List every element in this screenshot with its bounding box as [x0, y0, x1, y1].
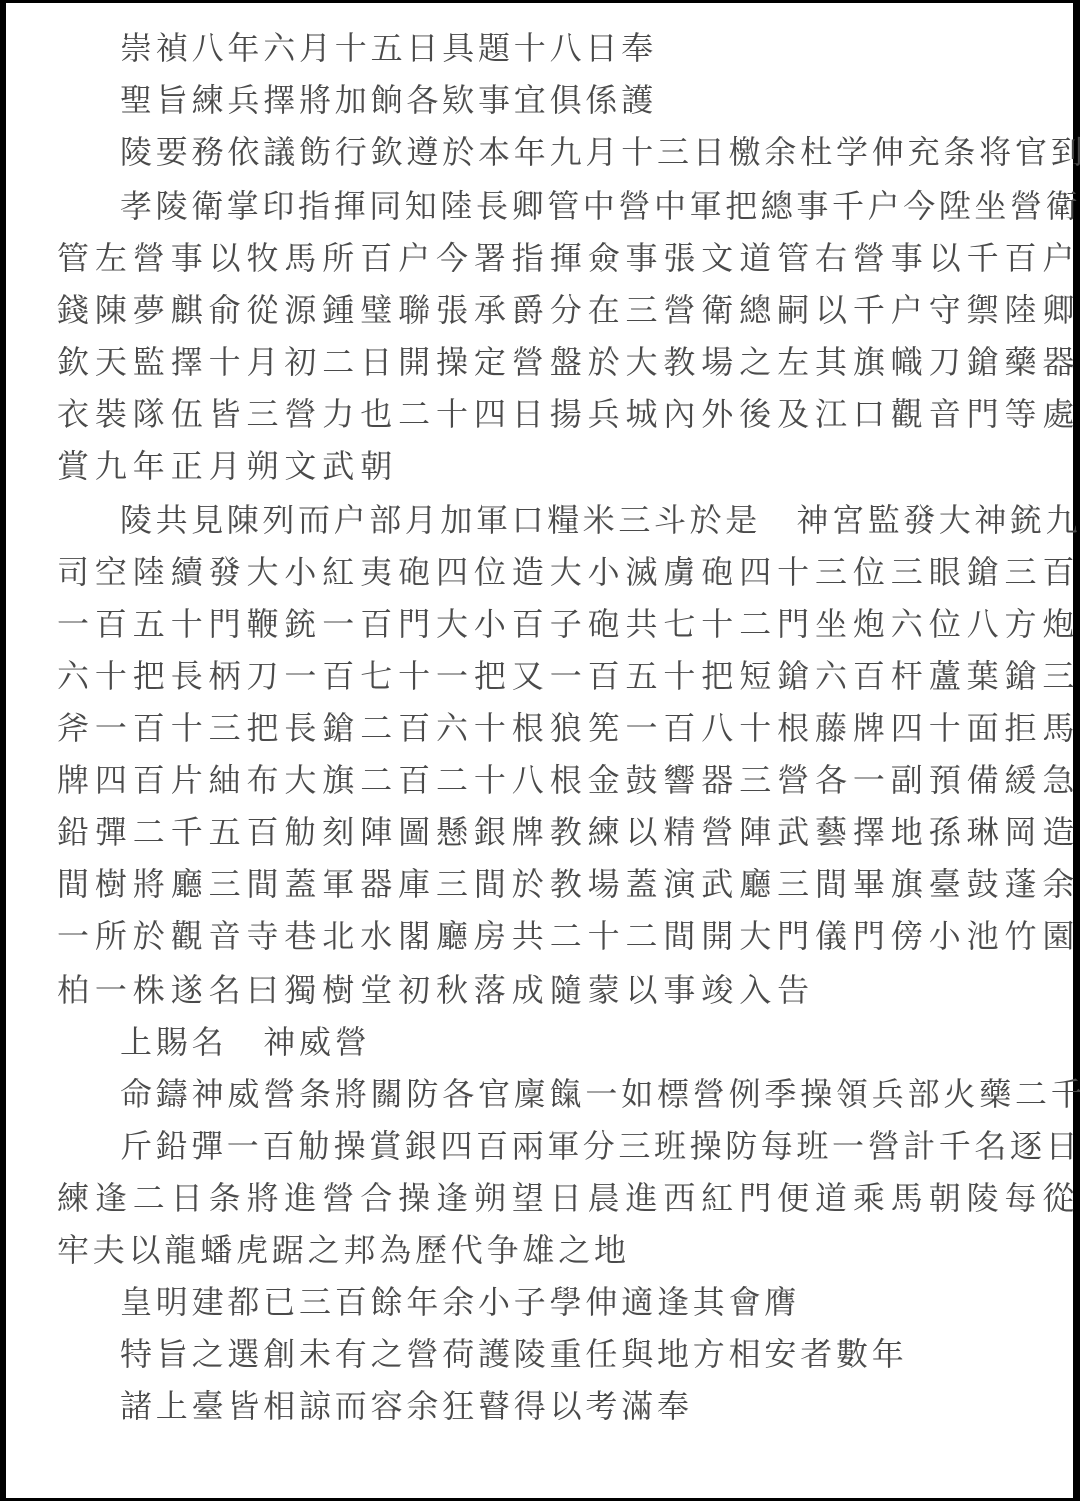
text-line: 聖旨練兵擇將加餉各欵事宜俱係護	[120, 80, 657, 120]
scanned-page: 崇禎八年六月十五日具題十八日奉 聖旨練兵擇將加餉各欵事宜俱係護 陵要務依議飭行欽…	[6, 3, 1073, 1498]
text-line: 六十把長柄刀一百七十一把又一百五十把短鎗六百杆蘆葉鎗三十六桿鐵鉞	[57, 656, 1080, 696]
text-line: 管左營事以牧馬所百户今署指揮僉事張文道管右營事以千百户陳光華彭應	[57, 238, 1080, 278]
text-line: 上賜名 神威營	[120, 1022, 371, 1062]
text-line: 陵要務依議飭行欽遵於本年九月十三日檄余杜学伸充条将官到任以	[120, 132, 1080, 172]
text-line: 柏一株遂名曰獨樹堂初秋落成隨蒙以事竣入告	[57, 970, 815, 1010]
text-line: 鉛彈二千五百觔刻陣圖懸銀牌教練以精營陣武藝擇地孫琳岡造 房三十九	[57, 812, 1080, 852]
text-line: 賞九年正月朔文武朝	[57, 446, 398, 486]
text-line: 命鑄神威營条將關防各官廩餼一如標營例季操領兵部火藥二千	[120, 1074, 1080, 1114]
text-line: 一百五十門鞭銃一百門大小百子砲共七十二門坐炮六位八方炮七位雁翎刀	[57, 604, 1080, 644]
text-line: 錢陳夢麒俞從源鍾璧聯張承爵分在三營衛總嗣以千户守禦陸卿為傳宣中軍	[57, 290, 1080, 330]
text-line: 諸上臺皆相諒而容余狂瞽得以考滿奉	[120, 1386, 693, 1426]
text-line: 間樹將廳三間蓋軍器庫三間於教場蓋演武廳三間畢旗臺鼓蓬余亦自設公署	[57, 864, 1080, 904]
text-line: 練逢二日条將進營合操逢朔望日晨進西紅門便道乘馬朝陵每從祀得分胙太	[57, 1178, 1080, 1218]
text-line: 崇禎八年六月十五日具題十八日奉	[120, 28, 657, 68]
text-line: 欽天監擇十月初二日開操定營盤於大教場之左其旗幟刀鎗藥器皆余設備而	[57, 342, 1080, 382]
text-line: 司空陸續發大小紅夷砲四位造大小滅虜砲四十三位三眼鎗三百零三桿鳥銃	[57, 552, 1080, 592]
text-line: 陵共見陳列而户部月加軍口糧米三斗於是 神宮監發大神銃九位 大	[120, 500, 1080, 540]
text-line: 特旨之選創未有之營荷護陵重任與地方相安者數年	[120, 1334, 908, 1374]
text-line: 牌四百片紬布大旗二百二十八根金鼓響器三營各一副預備緩急火藥五千觔	[57, 760, 1080, 800]
text-line: 皇明建都已三百餘年余小子學伸適逢其會膺	[120, 1282, 800, 1322]
text-line: 一所於觀音寺巷北水閣廳房共二十二間開大門儀門傍小池竹園廳前有懸針	[57, 916, 1080, 956]
text-line: 牢夫以龍蟠虎踞之邦為歷代争雄之地	[57, 1230, 630, 1270]
text-line: 斧一百十三把長鎗二百六十根狼筅一百八十根藤牌四十面拒馬鎗四百架挨	[57, 708, 1080, 748]
text-line: 斤鉛彈一百觔操賞銀四百兩軍分三班操防每班一營計千名逐日該營操	[120, 1126, 1080, 1166]
text-line: 衣裝隊伍皆三營力也二十四日揚兵城內外後及江口觀音門等處士庶一時稱	[57, 394, 1080, 434]
text-line: 孝陵衛掌印指揮同知陸長卿管中營中軍把總事千户今陞坐營衛王禹鼎	[120, 186, 1080, 226]
